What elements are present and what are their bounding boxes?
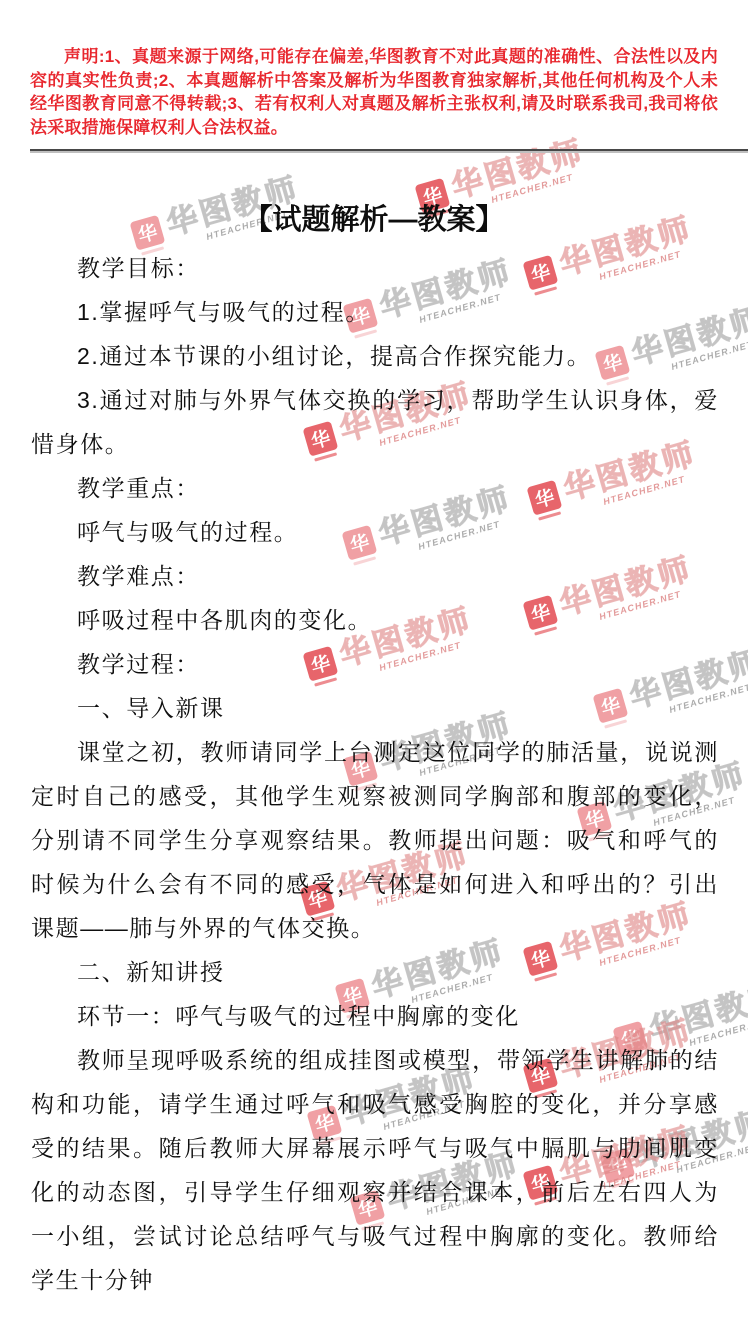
paragraph: 课堂之初，教师请同学上台测定这位同学的肺活量，说说测定时自己的感受，其他学生观察… xyxy=(31,730,719,950)
disclaimer: 声明:1、真题来源于网络,可能存在偏差,华图教育不对此真题的准确性、合法性以及内… xyxy=(30,45,718,139)
document-body: 教学目标：1.掌握呼气与吸气的过程。2.通过本节课的小组讨论，提高合作探究能力。… xyxy=(31,246,719,1302)
paragraph: 环节一：呼气与吸气的过程中胸廓的变化 xyxy=(31,994,719,1038)
paragraph: 教学过程： xyxy=(31,642,719,686)
paragraph: 一、导入新课 xyxy=(31,686,719,730)
paragraph: 3.通过对肺与外界气体交换的学习，帮助学生认识身体，爱惜身体。 xyxy=(31,378,719,466)
paragraph: 1.掌握呼气与吸气的过程。 xyxy=(31,290,719,334)
paragraph: 教学难点： xyxy=(31,554,719,598)
paragraph: 教师呈现呼吸系统的组成挂图或模型，带领学生讲解肺的结构和功能，请学生通过呼气和吸… xyxy=(31,1038,719,1302)
paragraph: 二、新知讲授 xyxy=(31,950,719,994)
paragraph: 教学目标： xyxy=(31,246,719,290)
content-layer: 声明:1、真题来源于网络,可能存在偏差,华图教育不对此真题的准确性、合法性以及内… xyxy=(0,0,748,1335)
page-title: 【试题解析—教案】 xyxy=(0,201,748,239)
paragraph: 呼吸过程中各肌肉的变化。 xyxy=(31,598,719,642)
paragraph: 呼气与吸气的过程。 xyxy=(31,510,719,554)
disclaimer-label: 声明: xyxy=(64,47,105,66)
paragraph: 2.通过本节课的小组讨论，提高合作探究能力。 xyxy=(31,334,719,378)
disclaimer-text: 1、真题来源于网络,可能存在偏差,华图教育不对此真题的准确性、合法性以及内容的真… xyxy=(30,47,718,137)
document-page: 华华图教师HTEACHER.NET华华图教师HTEACHER.NET华华图教师H… xyxy=(0,0,748,1335)
divider-rule xyxy=(30,149,748,151)
paragraph: 教学重点： xyxy=(31,466,719,510)
